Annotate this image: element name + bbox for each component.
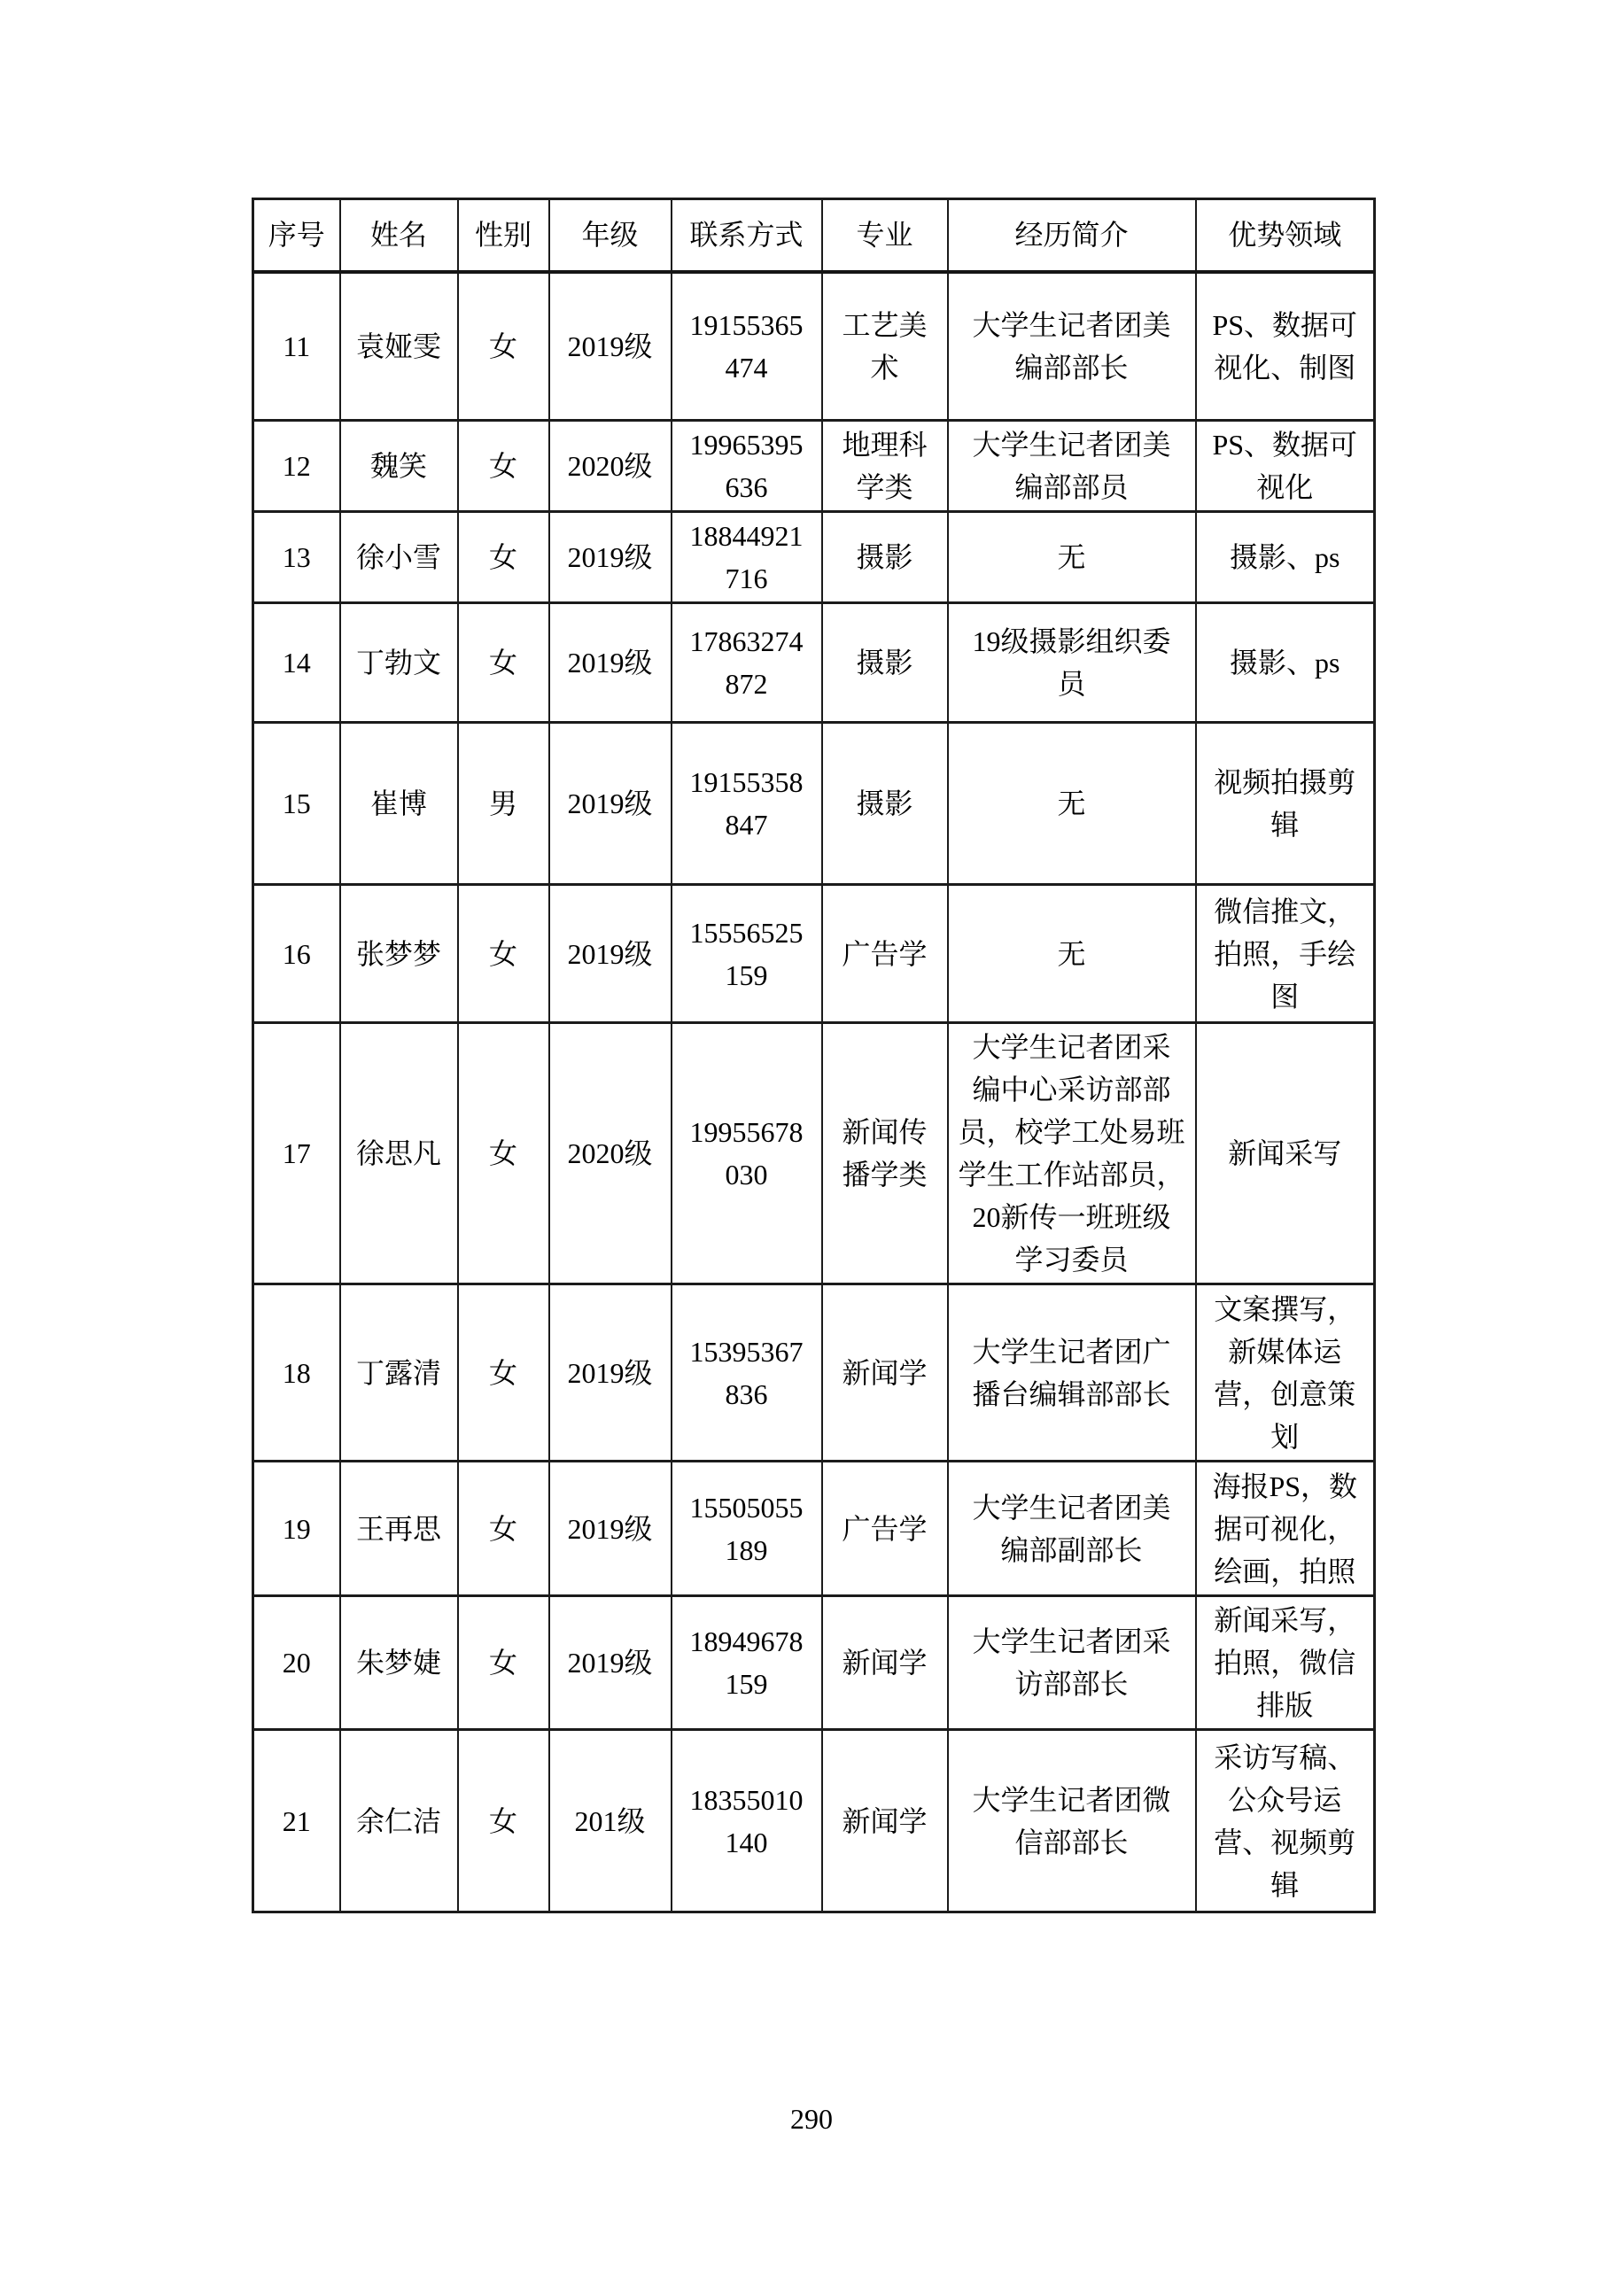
cell-grade: 2019级 [549,1462,672,1596]
cell-experience: 大学生记者团美 编部部长 [948,272,1196,421]
cell-name: 徐思凡 [340,1023,458,1284]
cell-contact: 19155365 474 [672,272,822,421]
cell-grade: 2019级 [549,723,672,885]
cell-strengths: 摄影、ps [1196,603,1375,723]
cell-major: 地理科 学类 [822,421,948,512]
column-header-grade: 年级 [549,199,672,272]
cell-index: 21 [253,1730,340,1912]
table-row: 14 丁勃文 女 2019级 17863274 872 摄影 19级摄影组织委 … [253,603,1375,723]
column-header-contact: 联系方式 [672,199,822,272]
cell-name: 徐小雪 [340,512,458,603]
column-header-index: 序号 [253,199,340,272]
column-header-experience: 经历简介 [948,199,1196,272]
cell-name: 丁露清 [340,1284,458,1462]
header-row: 序号 姓名 性别 年级 联系方式 专业 经历简介 优势领域 [253,199,1375,272]
cell-major: 摄影 [822,512,948,603]
cell-experience: 大学生记者团美 编部副部长 [948,1462,1196,1596]
cell-index: 20 [253,1596,340,1730]
table-row: 11 袁娅雯 女 2019级 19155365 474 工艺美 术 大学生记者团… [253,272,1375,421]
cell-major: 新闻学 [822,1730,948,1912]
page-number: 290 [0,2101,1623,2137]
cell-grade: 2019级 [549,885,672,1023]
cell-grade: 2019级 [549,1284,672,1462]
cell-name: 袁娅雯 [340,272,458,421]
cell-gender: 女 [458,272,549,421]
cell-gender: 女 [458,1462,549,1596]
cell-gender: 男 [458,723,549,885]
cell-contact: 15505055 189 [672,1462,822,1596]
table-row: 12 魏笑 女 2020级 19965395 636 地理科 学类 大学生记者团… [253,421,1375,512]
cell-gender: 女 [458,1730,549,1912]
cell-contact: 15395367 836 [672,1284,822,1462]
cell-gender: 女 [458,1023,549,1284]
cell-name: 王再思 [340,1462,458,1596]
table-row: 18 丁露清 女 2019级 15395367 836 新闻学 大学生记者团广 … [253,1284,1375,1462]
cell-index: 19 [253,1462,340,1596]
cell-gender: 女 [458,512,549,603]
table-row: 20 朱梦婕 女 2019级 18949678 159 新闻学 大学生记者团采 … [253,1596,1375,1730]
cell-contact: 19965395 636 [672,421,822,512]
cell-strengths: 采访写稿、 公众号运 营、视频剪 辑 [1196,1730,1375,1912]
cell-major: 广告学 [822,885,948,1023]
cell-name: 崔博 [340,723,458,885]
table-row: 13 徐小雪 女 2019级 18844921 716 摄影 无 摄影、ps [253,512,1375,603]
cell-contact: 18844921 716 [672,512,822,603]
cell-name: 张梦梦 [340,885,458,1023]
cell-gender: 女 [458,1284,549,1462]
cell-contact: 19155358 847 [672,723,822,885]
cell-strengths: 新闻采写， 拍照，微信 排版 [1196,1596,1375,1730]
cell-index: 16 [253,885,340,1023]
cell-contact: 19955678 030 [672,1023,822,1284]
cell-index: 17 [253,1023,340,1284]
column-header-gender: 性别 [458,199,549,272]
table-row: 19 王再思 女 2019级 15505055 189 广告学 大学生记者团美 … [253,1462,1375,1596]
cell-name: 丁勃文 [340,603,458,723]
cell-major: 新闻学 [822,1596,948,1730]
cell-grade: 2020级 [549,421,672,512]
cell-index: 11 [253,272,340,421]
cell-strengths: PS、数据可 视化 [1196,421,1375,512]
cell-strengths: PS、数据可 视化、制图 [1196,272,1375,421]
cell-strengths: 新闻采写 [1196,1023,1375,1284]
cell-gender: 女 [458,1596,549,1730]
cell-experience: 大学生记者团采 编中心采访部部 员，校学工处易班 学生工作站部员， 20新传一班… [948,1023,1196,1284]
column-header-major: 专业 [822,199,948,272]
cell-major: 新闻传 播学类 [822,1023,948,1284]
cell-contact: 18355010 140 [672,1730,822,1912]
cell-index: 14 [253,603,340,723]
cell-index: 15 [253,723,340,885]
cell-experience: 无 [948,512,1196,603]
table-row: 16 张梦梦 女 2019级 15556525 159 广告学 无 微信推文， … [253,885,1375,1023]
cell-major: 广告学 [822,1462,948,1596]
cell-experience: 大学生记者团美 编部部员 [948,421,1196,512]
cell-grade: 201级 [549,1730,672,1912]
cell-grade: 2019级 [549,1596,672,1730]
cell-experience: 大学生记者团微 信部部长 [948,1730,1196,1912]
cell-strengths: 文案撰写， 新媒体运 营，创意策 划 [1196,1284,1375,1462]
cell-grade: 2019级 [549,512,672,603]
cell-experience: 19级摄影组织委 员 [948,603,1196,723]
column-header-strengths: 优势领域 [1196,199,1375,272]
cell-name: 朱梦婕 [340,1596,458,1730]
cell-contact: 15556525 159 [672,885,822,1023]
column-header-name: 姓名 [340,199,458,272]
cell-index: 13 [253,512,340,603]
cell-gender: 女 [458,421,549,512]
cell-contact: 17863274 872 [672,603,822,723]
cell-name: 余仁洁 [340,1730,458,1912]
cell-grade: 2020级 [549,1023,672,1284]
cell-index: 18 [253,1284,340,1462]
cell-strengths: 摄影、ps [1196,512,1375,603]
member-roster-table: 序号 姓名 性别 年级 联系方式 专业 经历简介 优势领域 11 袁娅雯 女 2… [252,198,1376,1913]
cell-major: 工艺美 术 [822,272,948,421]
cell-strengths: 视频拍摄剪 辑 [1196,723,1375,885]
cell-gender: 女 [458,603,549,723]
cell-index: 12 [253,421,340,512]
cell-grade: 2019级 [549,603,672,723]
table-row: 17 徐思凡 女 2020级 19955678 030 新闻传 播学类 大学生记… [253,1023,1375,1284]
cell-contact: 18949678 159 [672,1596,822,1730]
cell-experience: 大学生记者团采 访部部长 [948,1596,1196,1730]
cell-experience: 无 [948,723,1196,885]
cell-major: 摄影 [822,603,948,723]
cell-major: 摄影 [822,723,948,885]
cell-major: 新闻学 [822,1284,948,1462]
cell-experience: 无 [948,885,1196,1023]
cell-grade: 2019级 [549,272,672,421]
cell-name: 魏笑 [340,421,458,512]
table-row: 15 崔博 男 2019级 19155358 847 摄影 无 视频拍摄剪 辑 [253,723,1375,885]
cell-strengths: 海报PS，数 据可视化， 绘画，拍照 [1196,1462,1375,1596]
cell-experience: 大学生记者团广 播台编辑部部长 [948,1284,1196,1462]
cell-strengths: 微信推文， 拍照，手绘 图 [1196,885,1375,1023]
table-row: 21 余仁洁 女 201级 18355010 140 新闻学 大学生记者团微 信… [253,1730,1375,1912]
cell-gender: 女 [458,885,549,1023]
